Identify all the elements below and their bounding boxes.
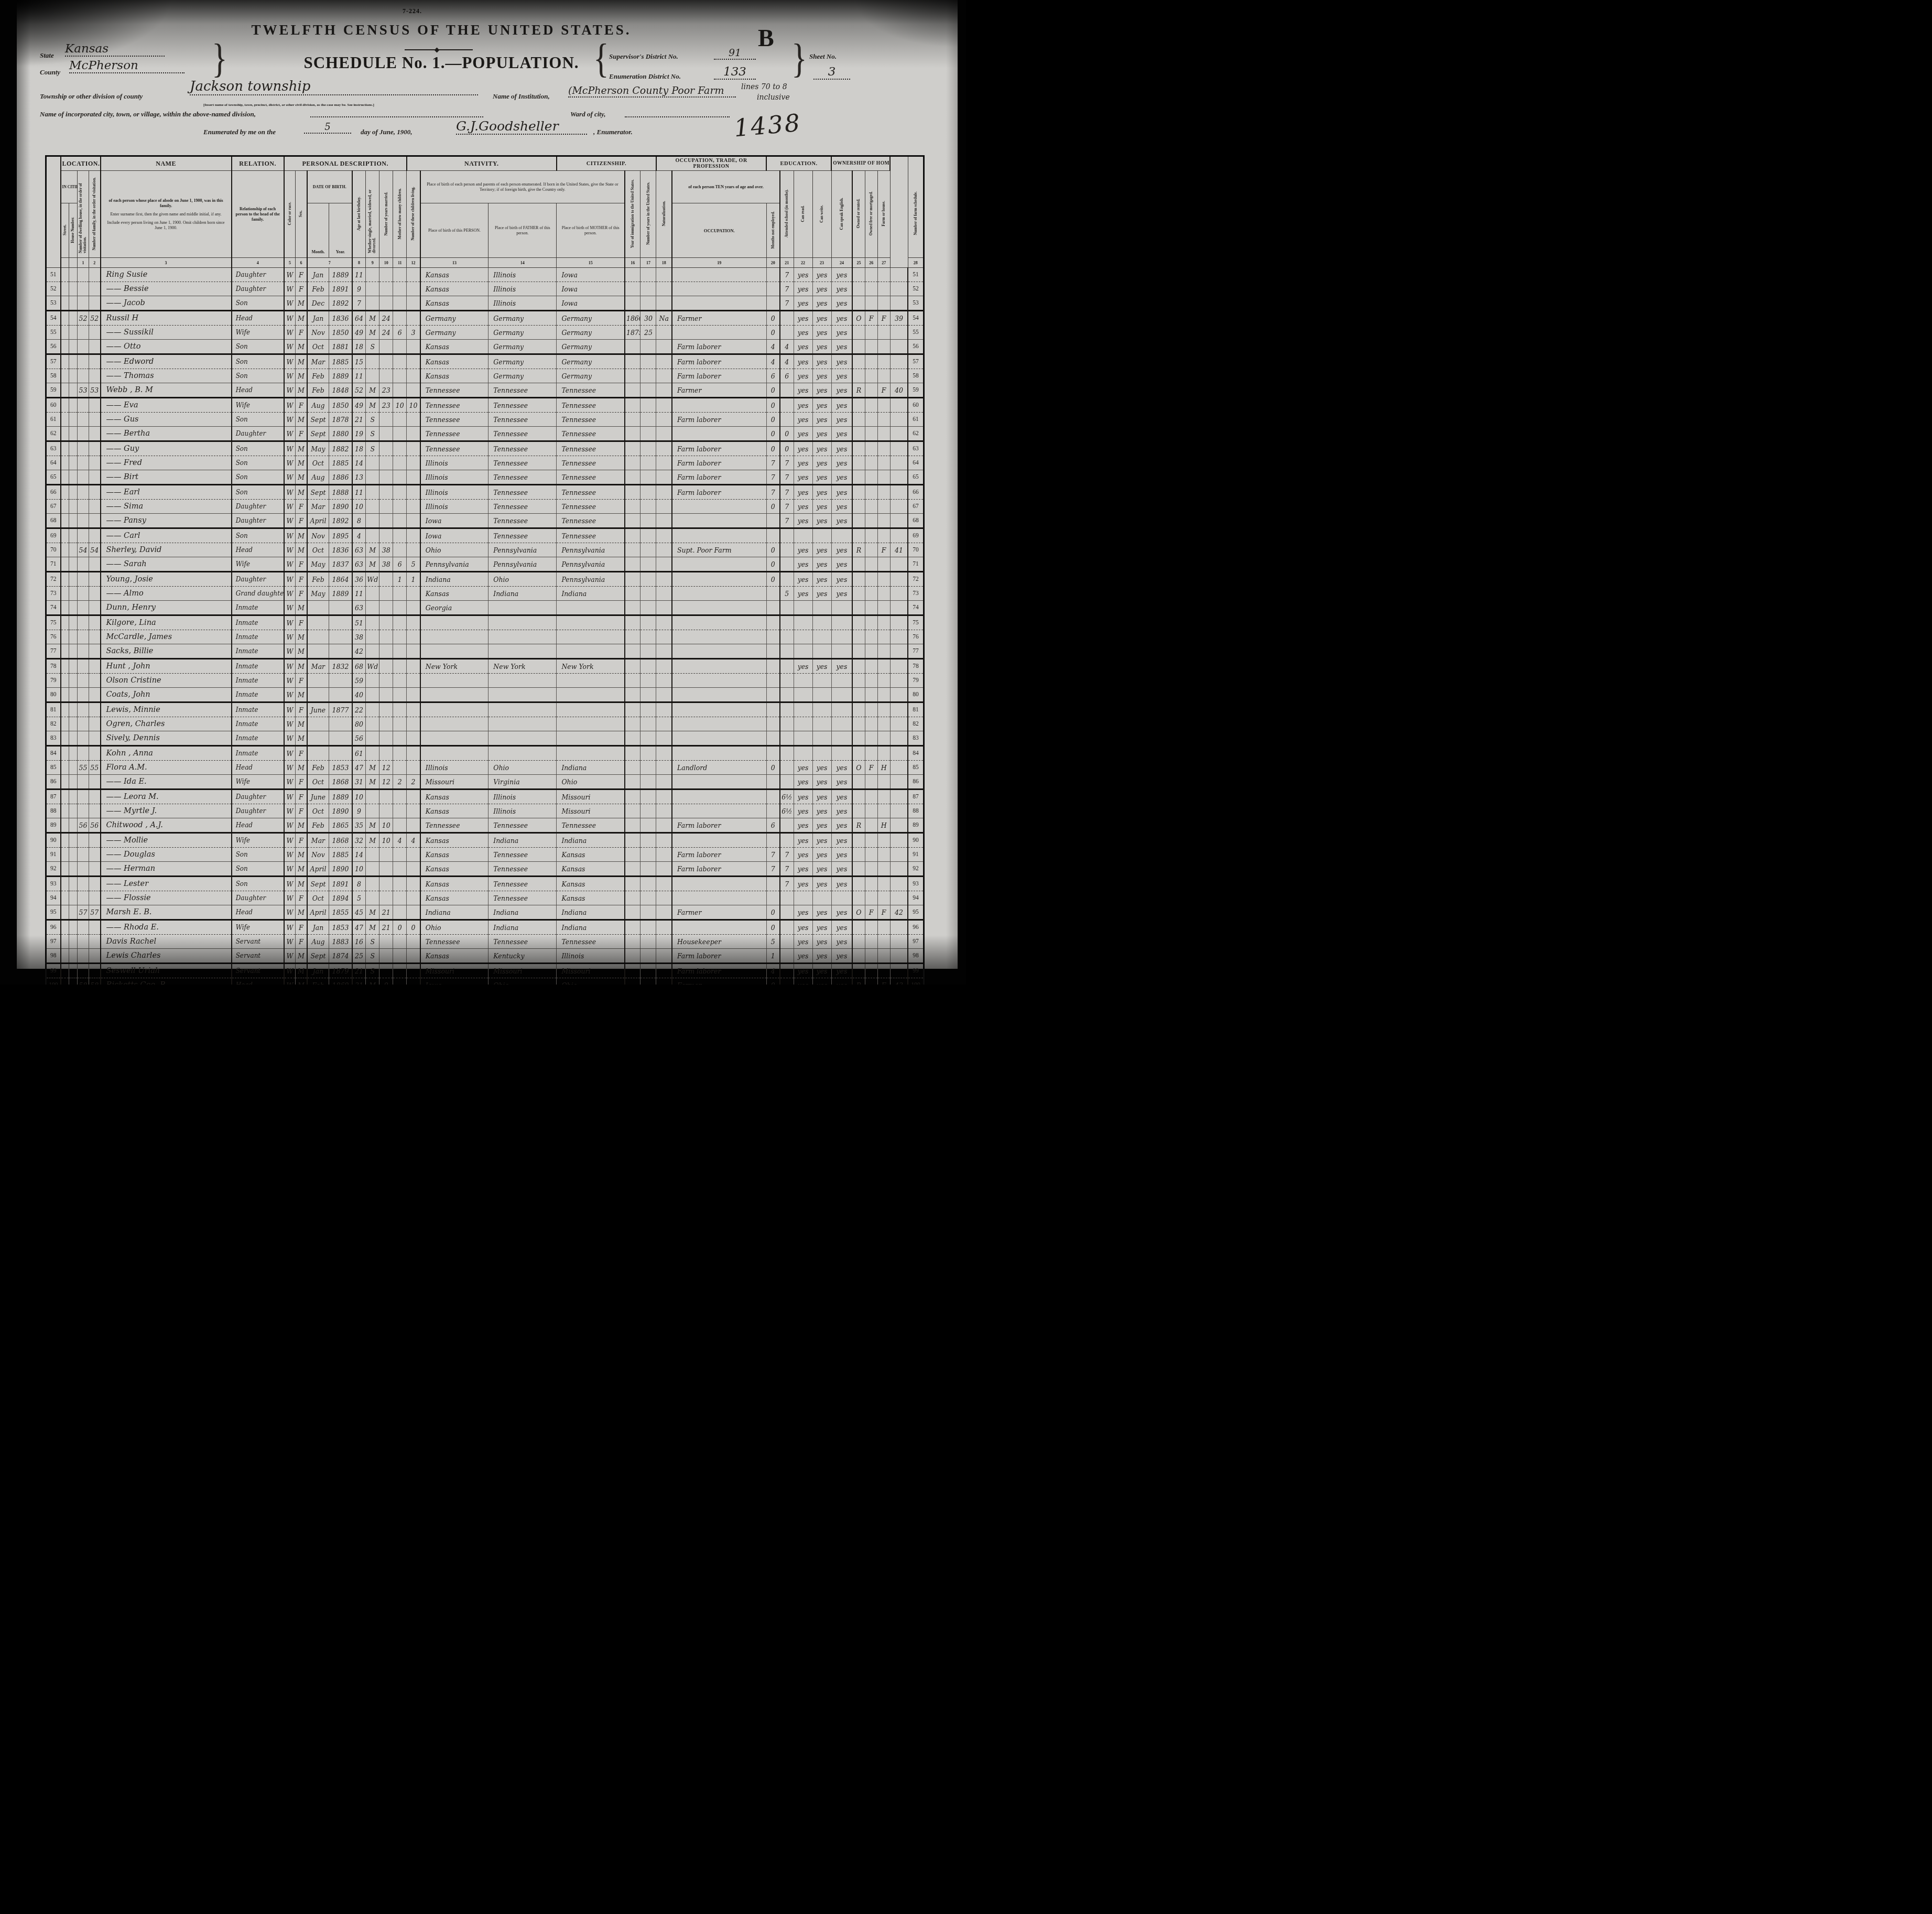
cell-col: W <box>284 790 296 804</box>
cell-mc: 6 <box>393 326 407 340</box>
table-header: LOCATION. NAME RELATION. PERSONAL DESCRI… <box>46 156 924 268</box>
cell-street <box>61 978 69 985</box>
cell-iy <box>625 282 641 296</box>
cell-nat <box>656 761 672 775</box>
cell-rel: Daughter <box>232 790 284 804</box>
cell-sch <box>780 731 794 746</box>
cell-street <box>61 441 69 456</box>
cell-pm: Indiana <box>557 920 625 935</box>
cell-street <box>61 456 69 470</box>
cell-pb: New York <box>420 659 489 674</box>
cell-rd <box>794 615 812 630</box>
cell-mne: 4 <box>766 340 780 354</box>
cell-nat <box>656 296 672 311</box>
cell-fm <box>865 296 877 311</box>
cell-mc <box>393 296 407 311</box>
cell-iy <box>625 369 641 383</box>
cell-fh: H <box>877 761 890 775</box>
cell-yr: 1885 <box>329 456 352 470</box>
col-number-9: 9 <box>366 258 379 268</box>
col-sex-label: Sex. <box>299 210 303 217</box>
cell-cl <box>407 804 420 818</box>
cell-name: —— Otto <box>101 340 232 354</box>
cell-pm <box>557 688 625 702</box>
cell-own <box>852 601 865 615</box>
cell-mc <box>393 935 407 949</box>
cell-d <box>78 282 89 296</box>
cell-col: W <box>284 528 296 543</box>
col-relation-desc: Relationship of each person to the head … <box>232 171 284 258</box>
cell-occ <box>672 717 766 731</box>
cell-house <box>69 935 78 949</box>
col-number-12: 12 <box>407 258 420 268</box>
cell-street <box>61 935 69 949</box>
cell-ln: 88 <box>46 804 61 818</box>
cell-mo: Dec <box>307 296 329 311</box>
cell-nat <box>656 848 672 862</box>
cell-d <box>78 920 89 935</box>
col-number-blank <box>69 258 78 268</box>
cell-own <box>852 862 865 877</box>
cell-age: 21 <box>352 964 366 978</box>
cell-cl <box>407 340 420 354</box>
cell-yr: 1890 <box>329 500 352 514</box>
cell-fm: F <box>865 905 877 920</box>
cell-pm: Iowa <box>557 268 625 282</box>
cell-street <box>61 905 69 920</box>
cell-line-number-right: 53 <box>908 296 924 311</box>
cell-age: 25 <box>352 949 366 964</box>
cell-wr: yes <box>812 369 831 383</box>
cell-cl <box>407 717 420 731</box>
cell-mc <box>393 848 407 862</box>
cell-sch: 7 <box>780 456 794 470</box>
cell-pf <box>489 731 557 746</box>
cell-occ <box>672 746 766 761</box>
cell-iy <box>625 601 641 615</box>
section-occupation: OCCUPATION, TRADE, OR PROFESSION <box>656 156 766 171</box>
cell-mc <box>393 688 407 702</box>
cell-pf: Tennessee <box>489 398 557 413</box>
cell-rd: yes <box>794 383 812 398</box>
cell-rd: yes <box>794 282 812 296</box>
cell-name: Davis Rachel <box>101 935 232 949</box>
cell-f <box>89 514 101 528</box>
cell-cl <box>407 369 420 383</box>
cell-mo: Jan <box>307 268 329 282</box>
col-owned-free: Owned free or mortgaged. <box>865 171 877 258</box>
cell-rel: Wife <box>232 326 284 340</box>
cell-sch <box>780 572 794 587</box>
cell-en: yes <box>831 441 852 456</box>
cell-yr: 1882 <box>329 441 352 456</box>
cell-ln: 89 <box>46 818 61 833</box>
cell-d <box>78 369 89 383</box>
cell-street <box>61 383 69 398</box>
cell-yus <box>641 383 656 398</box>
cell-fm <box>865 731 877 746</box>
cell-cl: 2 <box>407 775 420 790</box>
cell-f <box>89 804 101 818</box>
cell-pb: Illinois <box>420 470 489 485</box>
cell-sex: M <box>296 644 307 659</box>
cell-mne: 0 <box>766 978 780 985</box>
cell-pf: Kentucky <box>489 949 557 964</box>
cell-yus <box>641 862 656 877</box>
census-row-line-70: 705454Sherley, DavidHeadWMOct183663M38Oh… <box>46 543 924 557</box>
cell-iy <box>625 557 641 572</box>
cell-iy <box>625 935 641 949</box>
cell-cl <box>407 731 420 746</box>
cell-mc <box>393 978 407 985</box>
cell-ln: 81 <box>46 702 61 717</box>
cell-rel: Inmate <box>232 702 284 717</box>
col-can-write-label: Can write. <box>820 205 824 223</box>
census-row-line-61: 61—— GusSonWMSept187821STennesseeTenness… <box>46 413 924 427</box>
cell-street <box>61 413 69 427</box>
cell-iy <box>625 877 641 891</box>
cell-fm <box>865 441 877 456</box>
census-row-line-86: 86—— Ida E.WifeWFOct186831M1222MissouriV… <box>46 775 924 790</box>
enumerator-signature: G.J.Goodsheller <box>456 118 587 135</box>
cell-ym <box>379 935 393 949</box>
col-number-10: 10 <box>379 258 393 268</box>
cell-yus <box>641 557 656 572</box>
cell-rd <box>794 731 812 746</box>
cell-house <box>69 326 78 340</box>
cell-fs <box>890 761 908 775</box>
cell-occ: Farm laborer <box>672 456 766 470</box>
cell-pf: Illinois <box>489 296 557 311</box>
name-desc-hint2: Include every person living on June 1, 1… <box>103 220 229 231</box>
cell-fs <box>890 615 908 630</box>
cell-mc <box>393 340 407 354</box>
cell-yus <box>641 485 656 500</box>
cell-d <box>78 877 89 891</box>
cell-wr: yes <box>812 848 831 862</box>
cell-house <box>69 905 78 920</box>
cell-mc <box>393 746 407 761</box>
cell-ln: 96 <box>46 920 61 935</box>
cell-own <box>852 688 865 702</box>
cell-pf: Tennessee <box>489 514 557 528</box>
cell-ln: 91 <box>46 848 61 862</box>
cell-fh: F <box>877 905 890 920</box>
cell-sch <box>780 528 794 543</box>
cell-yr: 1865 <box>329 818 352 833</box>
section-ownership: OWNERSHIP OF HOME. <box>831 156 890 171</box>
cell-street <box>61 877 69 891</box>
cell-house <box>69 644 78 659</box>
cell-mne <box>766 891 780 905</box>
cell-fm <box>865 528 877 543</box>
cell-pb: Kansas <box>420 268 489 282</box>
cell-street <box>61 746 69 761</box>
cell-mar <box>366 746 379 761</box>
cell-mo: June <box>307 702 329 717</box>
cell-rel: Daughter <box>232 427 284 441</box>
cell-sch <box>780 935 794 949</box>
cell-d <box>78 572 89 587</box>
cell-pb: Tennessee <box>420 427 489 441</box>
cell-wr: yes <box>812 964 831 978</box>
cell-sch <box>780 964 794 978</box>
cell-pm: Illinois <box>557 949 625 964</box>
cell-f <box>89 369 101 383</box>
census-row-line-84: 84Kohn , AnnaInmateWF6184 <box>46 746 924 761</box>
cell-sex: M <box>296 848 307 862</box>
cell-iy <box>625 804 641 818</box>
cell-mo: Sept <box>307 413 329 427</box>
census-row-line-54: 545252Russil HHeadWMJan183664M24GermanyG… <box>46 311 924 326</box>
cell-name: —— Rhoda E. <box>101 920 232 935</box>
cell-yus <box>641 514 656 528</box>
cell-occ <box>672 702 766 717</box>
cell-rd <box>794 688 812 702</box>
cell-wr: yes <box>812 543 831 557</box>
cell-fm <box>865 964 877 978</box>
cell-yr: 1889 <box>329 268 352 282</box>
census-row-line-88: 88—— Myrtle J.DaughterWFOct18909KansasIl… <box>46 804 924 818</box>
cell-rel: Servant <box>232 935 284 949</box>
col-occupation: OCCUPATION. <box>672 203 766 258</box>
enumerated-pre: Enumerated by me on the <box>203 128 276 136</box>
cell-fh <box>877 528 890 543</box>
cell-wr: yes <box>812 905 831 920</box>
cell-cl <box>407 891 420 905</box>
cell-ln: 87 <box>46 790 61 804</box>
cell-yr: 1869 <box>329 978 352 985</box>
cell-own <box>852 920 865 935</box>
cell-yr: 1868 <box>329 775 352 790</box>
cell-street <box>61 557 69 572</box>
cell-age: 4 <box>352 528 366 543</box>
cell-ym: 38 <box>379 557 393 572</box>
cell-fs <box>890 413 908 427</box>
cell-fh <box>877 340 890 354</box>
cell-pb: Georgia <box>420 601 489 615</box>
cell-house <box>69 514 78 528</box>
cell-sex: F <box>296 398 307 413</box>
cell-ym: 9 <box>379 978 393 985</box>
cell-occ <box>672 514 766 528</box>
col-number-blank <box>61 258 69 268</box>
cell-line-number-right: 72 <box>908 572 924 587</box>
cell-sex: M <box>296 369 307 383</box>
cell-iy <box>625 354 641 369</box>
cell-age: 49 <box>352 398 366 413</box>
state-value: Kansas <box>65 42 165 57</box>
cell-pm <box>557 644 625 659</box>
cell-d <box>78 775 89 790</box>
cell-ym <box>379 441 393 456</box>
cell-rel: Inmate <box>232 731 284 746</box>
cell-fs <box>890 630 908 644</box>
cell-yus: 25 <box>641 326 656 340</box>
cell-line-number-right: 59 <box>908 383 924 398</box>
cell-wr: yes <box>812 268 831 282</box>
cell-street <box>61 340 69 354</box>
cell-fs <box>890 398 908 413</box>
cell-yus <box>641 905 656 920</box>
cell-en: yes <box>831 383 852 398</box>
cell-nat <box>656 413 672 427</box>
cell-house <box>69 775 78 790</box>
cell-own <box>852 514 865 528</box>
cell-rd: yes <box>794 964 812 978</box>
cell-house <box>69 572 78 587</box>
cell-name: —— Carl <box>101 528 232 543</box>
cell-ym <box>379 572 393 587</box>
cell-mo: May <box>307 441 329 456</box>
cell-house <box>69 659 78 674</box>
cell-fs: 41 <box>890 543 908 557</box>
cell-yus <box>641 500 656 514</box>
cell-ym: 12 <box>379 775 393 790</box>
cell-name: —— Earl <box>101 485 232 500</box>
cell-en: yes <box>831 848 852 862</box>
cell-mc <box>393 964 407 978</box>
cell-iy <box>625 746 641 761</box>
cell-d <box>78 891 89 905</box>
cell-col: W <box>284 485 296 500</box>
cell-mne: 0 <box>766 398 780 413</box>
cell-nat <box>656 920 672 935</box>
cell-mo: Feb <box>307 282 329 296</box>
cell-line-number-right: 92 <box>908 862 924 877</box>
cell-pb: Illinois <box>420 485 489 500</box>
cell-sex: F <box>296 790 307 804</box>
cell-en: yes <box>831 978 852 985</box>
cell-occ <box>672 877 766 891</box>
cell-ym: 24 <box>379 311 393 326</box>
cell-sex: F <box>296 935 307 949</box>
cell-en: yes <box>831 804 852 818</box>
cell-mar: S <box>366 935 379 949</box>
cell-age: 10 <box>352 500 366 514</box>
cell-ym: 23 <box>379 383 393 398</box>
cell-d <box>78 804 89 818</box>
cell-rd: yes <box>794 470 812 485</box>
cell-sex: F <box>296 557 307 572</box>
cell-ln: 97 <box>46 935 61 949</box>
cell-en: yes <box>831 587 852 601</box>
cell-mc <box>393 674 407 688</box>
cell-ln: 59 <box>46 383 61 398</box>
cell-own <box>852 644 865 659</box>
col-speak-english: Can speak English. <box>831 171 852 258</box>
cell-nat <box>656 528 672 543</box>
cell-line-number-right: 83 <box>908 731 924 746</box>
cell-iy <box>625 920 641 935</box>
cell-street <box>61 500 69 514</box>
cell-fh <box>877 326 890 340</box>
cell-f <box>89 572 101 587</box>
cell-mo: Sept <box>307 877 329 891</box>
census-row-line-59: 595353Webb , B. MHeadWMFeb184852M23Tenne… <box>46 383 924 398</box>
cell-pm: Pennsylvania <box>557 543 625 557</box>
cell-age: 7 <box>352 296 366 311</box>
cell-d <box>78 659 89 674</box>
cell-line-number-right: 56 <box>908 340 924 354</box>
cell-ym <box>379 674 393 688</box>
census-row-line-52: 52—— BessieDaughterWFFeb18919KansasIllin… <box>46 282 924 296</box>
cell-house <box>69 340 78 354</box>
cell-house <box>69 920 78 935</box>
cell-pf: Illinois <box>489 282 557 296</box>
cell-cl <box>407 949 420 964</box>
cell-pf: Tennessee <box>489 528 557 543</box>
cell-f <box>89 340 101 354</box>
cell-own <box>852 630 865 644</box>
cell-iy <box>625 427 641 441</box>
cell-line-number-right: 63 <box>908 441 924 456</box>
cell-mne: 0 <box>766 427 780 441</box>
cell-name: Olson Cristine <box>101 674 232 688</box>
cell-house <box>69 891 78 905</box>
cell-d <box>78 427 89 441</box>
cell-nat <box>656 557 672 572</box>
cell-fs <box>890 601 908 615</box>
cell-yus <box>641 470 656 485</box>
cell-nat <box>656 862 672 877</box>
cell-ln: 83 <box>46 731 61 746</box>
cell-mo: Jan <box>307 964 329 978</box>
cell-street <box>61 688 69 702</box>
cell-name: —— Eva <box>101 398 232 413</box>
page-title: TWELFTH CENSUS OF THE UNITED STATES. <box>17 22 866 38</box>
cell-iy <box>625 441 641 456</box>
cell-mar: S <box>366 441 379 456</box>
cell-house <box>69 790 78 804</box>
cell-fs <box>890 674 908 688</box>
cell-rd: yes <box>794 761 812 775</box>
cell-en: yes <box>831 877 852 891</box>
cell-fm <box>865 920 877 935</box>
cell-en: yes <box>831 775 852 790</box>
cell-yus <box>641 296 656 311</box>
cell-occ <box>672 674 766 688</box>
cell-f <box>89 920 101 935</box>
cell-sex: F <box>296 702 307 717</box>
cell-yr <box>329 615 352 630</box>
cell-line-number-right: 84 <box>908 746 924 761</box>
cell-mo: Feb <box>307 383 329 398</box>
cell-rel: Daughter <box>232 804 284 818</box>
cell-fs: 42 <box>890 905 908 920</box>
cell-rel: Daughter <box>232 282 284 296</box>
cell-rel: Wife <box>232 775 284 790</box>
cell-ln: 55 <box>46 326 61 340</box>
census-row-line-64: 64—— FredSonWMOct188514IllinoisTennessee… <box>46 456 924 470</box>
cell-occ: Farm laborer <box>672 441 766 456</box>
cell-name: —— Thomas <box>101 369 232 383</box>
cell-mc <box>393 905 407 920</box>
cell-street <box>61 949 69 964</box>
cell-pm <box>557 731 625 746</box>
cell-ln: 82 <box>46 717 61 731</box>
cell-street <box>61 964 69 978</box>
cell-yr: 1886 <box>329 470 352 485</box>
cell-mo <box>307 717 329 731</box>
cell-wr <box>812 615 831 630</box>
cell-name: Young, Josie <box>101 572 232 587</box>
cell-mne: 5 <box>766 935 780 949</box>
cell-pf: Ohio <box>489 978 557 985</box>
cell-fm <box>865 326 877 340</box>
cell-pb: Kansas <box>420 862 489 877</box>
cell-cl: 1 <box>407 572 420 587</box>
